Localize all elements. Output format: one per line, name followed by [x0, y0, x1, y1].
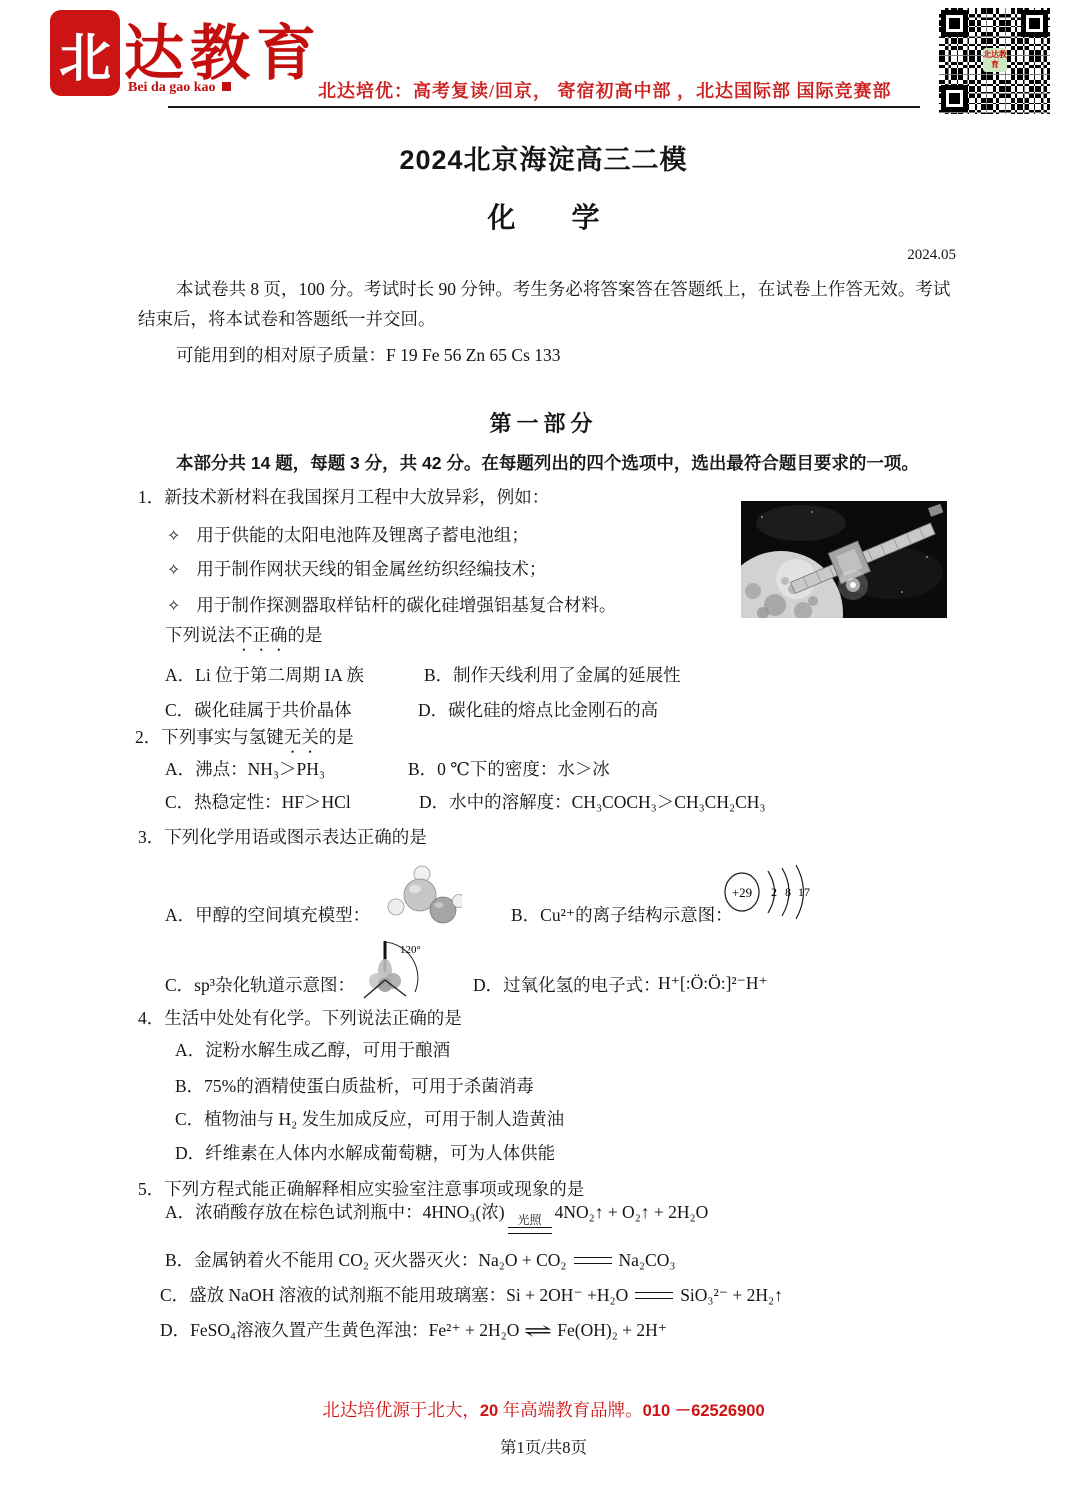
q2-option-a: A．沸点：NH₃＞PH₃	[165, 759, 325, 780]
q5-option-a-post: 4NO₂↑ + O₂↑ + 2H₂O	[555, 1202, 709, 1222]
qr-code: 北达教育	[939, 8, 1050, 114]
qr-finder-icon	[1021, 10, 1048, 37]
atomic-masses: 可能用到的相对原子质量：F 19 Fe 56 Zn 65 Cs 133	[176, 345, 561, 366]
q5-stem: 5．下列方程式能正确解释相应实验室注意事项或现象的是	[138, 1179, 584, 1200]
part1-heading: 第一部分	[0, 407, 1087, 438]
seal-character: 北	[59, 16, 111, 91]
q3-option-d-label: D．过氧化氢的电子式：	[473, 975, 661, 996]
reaction-condition-stack: 光照	[508, 1214, 552, 1234]
qr-center-label: 北达教育	[983, 48, 1007, 72]
q1-bullet-1-text: 用于供能的太阳电池阵及锂离子蓄电池组；	[196, 525, 529, 545]
equals-sign	[508, 1227, 552, 1234]
q5-option-a-pre: A．浓硝酸存放在棕色试剂瓶中：4HNO₃(浓)	[165, 1202, 505, 1222]
equals-sign	[635, 1292, 673, 1299]
q3-stem: 3．下列化学用语或图示表达正确的是	[138, 827, 427, 848]
diamond-star-icon: ✧	[167, 596, 180, 617]
q4-option-a: A．淀粉水解生成乙醇，可用于酿酒	[175, 1040, 450, 1061]
header-divider	[168, 106, 920, 108]
exam-date: 2024.05	[907, 247, 956, 264]
q1-option-a: A．Li 位于第二周期 IA 族	[165, 665, 364, 686]
q1-bullet-3: ✧用于制作探测器取样钻杆的碳化硅增强铝基复合材料。	[167, 595, 616, 617]
q5-option-c-post: SiO₃²⁻ + 2H₂↑	[680, 1285, 783, 1305]
ion-core-charge: +29	[732, 885, 752, 900]
q4-option-c: C．植物油与 H₂ 发生加成反应，可用于制人造黄油	[175, 1109, 564, 1130]
qr-finder-icon	[941, 10, 968, 37]
q5-option-c-pre: C．盛放 NaOH 溶液的试剂瓶不能用玻璃塞：Si + 2OH⁻ +H₂O	[160, 1285, 628, 1305]
brand-logo-subtext: Bei da gao kao	[128, 80, 231, 96]
q3-option-a-label: A．甲醇的空间填充模型：	[165, 905, 370, 926]
q5-option-b-pre: B．金属钠着火不能用 CO₂ 灭火器灭火：Na₂O + CO₂	[165, 1250, 567, 1270]
q5-option-b: B．金属钠着火不能用 CO₂ 灭火器灭火：Na₂O + CO₂Na₂CO₃	[165, 1250, 675, 1271]
q2-option-b: B．0 ℃下的密度：水＞冰	[408, 759, 610, 780]
methanol-space-filling-model	[376, 864, 462, 928]
q2-stem-emphasis: 无关	[284, 727, 319, 747]
q1-bullet-1: ✧用于供能的太阳电池阵及锂离子蓄电池组；	[167, 525, 529, 547]
footer-promo-text-1: 北达培优源于北大，	[322, 1400, 480, 1420]
header-tagline: 北达培优：高考复读/回京， 寄宿初高中部 ，北达国际部 国际竞赛部	[318, 77, 892, 103]
q1-bullet-3-text: 用于制作探测器取样钻杆的碳化硅增强铝基复合材料。	[196, 595, 616, 615]
q4-option-b: B．75%的酒精使蛋白质盐析，可用于杀菌消毒	[175, 1076, 534, 1097]
footer-promo-years: 20	[480, 1402, 498, 1420]
page-title: 2024北京海淀高三二模	[0, 138, 1087, 177]
intro-line-2: 结束后，将本试卷和答题纸一并交回。	[138, 309, 436, 330]
q1-option-c: C．碳化硅属于共价晶体	[165, 700, 352, 721]
q5-option-b-post: Na₂CO₃	[619, 1250, 676, 1270]
shell-electron-count-2: 8	[785, 885, 791, 899]
shell-electron-count-1: 2	[771, 885, 777, 899]
ion-structure-diagram: +29 2 8 17	[722, 862, 816, 924]
equilibrium-arrow: ⇌	[524, 1321, 553, 1342]
q2-option-c: C．热稳定性：HF＞HCl	[165, 792, 351, 813]
qr-finder-icon	[941, 85, 968, 112]
exam-page: 北 达教育 Bei da gao kao 北达培优：高考复读/回京， 寄宿初高中…	[0, 0, 1087, 1512]
equals-sign	[574, 1257, 612, 1264]
diamond-star-icon: ✧	[167, 526, 180, 547]
footer-promo: 北达培优源于北大，20 年高端教育品牌。010 －62526900	[0, 1400, 1087, 1422]
q3-option-b-label: B．Cu²⁺的离子结构示意图：	[511, 905, 733, 926]
q1-option-b: B．制作天线利用了金属的延展性	[424, 665, 681, 686]
q2-stem-post: 的是	[319, 727, 354, 747]
part1-note: 本部分共 14 题，每题 3 分，共 42 分。在每题列出的四个选项中，选出最符…	[176, 453, 919, 474]
orbital-angle-label: 120°	[400, 944, 421, 956]
q4-stem: 4．生活中处处有化学。下列说法正确的是	[138, 1008, 462, 1029]
q2-stem-pre: 2．下列事实与氢键	[135, 727, 284, 747]
q1-option-d: D．碳化硅的熔点比金刚石的高	[418, 700, 658, 721]
q1-ask-post: 的是	[288, 625, 323, 645]
light-condition-label: 光照	[508, 1214, 552, 1227]
intro-line-1: 本试卷共 8 页，100 分。考试时长 90 分钟。考生务必将答案答在答题纸上，…	[176, 279, 950, 300]
q1-bullet-2-text: 用于制作网状天线的钼金属丝纺织经编技术；	[196, 559, 546, 579]
page-number: 第1页/共8页	[0, 1437, 1087, 1458]
q2-stem: 2．下列事实与氢键无关的是	[135, 727, 354, 757]
q3-option-d-electron-formula: H⁺[:Ö:Ö:]²⁻H⁺	[658, 973, 768, 994]
q5-option-d-post: Fe(OH)₂ + 2H⁺	[557, 1320, 667, 1340]
lunar-probe-image	[741, 501, 947, 618]
shell-electron-count-3: 17	[798, 885, 810, 899]
diamond-star-icon: ✧	[167, 560, 180, 581]
footer-phone-number: 010 －62526900	[643, 1402, 765, 1420]
q5-option-c: C．盛放 NaOH 溶液的试剂瓶不能用玻璃塞：Si + 2OH⁻ +H₂OSiO…	[160, 1285, 783, 1306]
sp3-orbital-diagram: 120°	[360, 938, 432, 1002]
q1-bullet-2: ✧用于制作网状天线的钼金属丝纺织经编技术；	[167, 559, 546, 581]
q5-option-d: D．FeSO₄溶液久置产生黄色浑浊：Fe²⁺ + 2H₂O⇌Fe(OH)₂ + …	[160, 1320, 667, 1342]
q3-option-c-label: C．sp³杂化轨道示意图：	[165, 975, 355, 996]
q1-ask-emphasis: 不正确	[235, 625, 288, 645]
q1-stem: 1．新技术新材料在我国探月工程中大放异彩，例如：	[138, 487, 549, 508]
q5-option-d-pre: D．FeSO₄溶液久置产生黄色浑浊：Fe²⁺ + 2H₂O	[160, 1320, 519, 1340]
footer-promo-text-2: 年高端教育品牌。	[498, 1400, 642, 1420]
q1-ask: 下列说法不正确的是	[165, 625, 323, 655]
red-square-icon	[222, 82, 231, 91]
q5-option-a: A．浓硝酸存放在棕色试剂瓶中：4HNO₃(浓)光照4NO₂↑ + O₂↑ + 2…	[165, 1202, 708, 1234]
brand-logo-pinyin: Bei da gao kao	[128, 80, 216, 95]
subject-title: 化 学	[0, 196, 1087, 236]
brand-seal-logo: 北	[52, 12, 118, 94]
q4-option-d: D．纤维素在人体内水解成葡萄糖，可为人体供能	[175, 1143, 555, 1164]
q1-ask-pre: 下列说法	[165, 625, 235, 645]
q2-option-d: D．水中的溶解度：CH₃COCH₃＞CH₃CH₂CH₃	[419, 792, 766, 813]
